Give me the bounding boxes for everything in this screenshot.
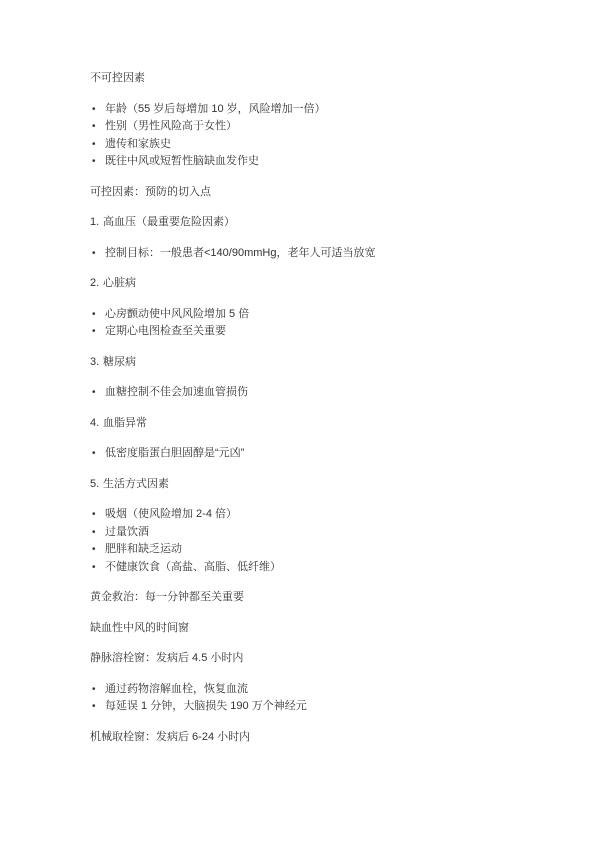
bullet-icon: • xyxy=(92,323,96,341)
item-number: 2. xyxy=(90,275,103,293)
list-item-text: 定期心电图检查至关重要 xyxy=(105,325,226,337)
bullet-icon: • xyxy=(92,118,96,136)
list-item-text: 控制目标：一般患者<140/90mmHg，老年人可适当放宽 xyxy=(105,247,375,259)
list-item-text: 每延误 1 分钟，大脑损失 190 万个神经元 xyxy=(105,700,307,712)
list-item: • 既往中风或短暂性脑缺血发作史 xyxy=(90,153,515,171)
numbered-item-text: 糖尿病 xyxy=(103,356,136,368)
list-item-text: 吸烟（使风险增加 2-4 倍） xyxy=(105,508,237,520)
list-item-text: 不健康饮食（高盐、高脂、低纤维） xyxy=(105,561,281,573)
bullet-icon: • xyxy=(92,559,96,577)
numbered-item-text: 血脂异常 xyxy=(103,417,147,429)
bullet-icon: • xyxy=(92,681,96,699)
bullet-icon: • xyxy=(92,245,96,263)
heart-disease-details-list: • 心房颤动使中风风险增加 5 倍 • 定期心电图检查至关重要 xyxy=(90,306,515,341)
numbered-item-text: 生活方式因素 xyxy=(103,478,169,490)
item-number: 3. xyxy=(90,354,103,372)
paragraph-mechanical-thrombectomy-window: 机械取栓窗：发病后 6-24 小时内 xyxy=(90,729,515,747)
lifestyle-details-list: • 吸烟（使风险增加 2-4 倍） • 过量饮酒 • 肥胖和缺乏运动 • 不健康… xyxy=(90,506,515,576)
bullet-icon: • xyxy=(92,136,96,154)
paragraph-uncontrollable-factors-heading: 不可控因素 xyxy=(90,70,515,88)
paragraph-controllable-factors-heading: 可控因素：预防的切入点 xyxy=(90,184,515,202)
numbered-item-lifestyle: 5.生活方式因素 xyxy=(90,476,515,494)
list-item-text: 通过药物溶解血栓，恢复血流 xyxy=(105,683,248,695)
list-item: • 吸烟（使风险增加 2-4 倍） xyxy=(90,506,515,524)
item-number: 1. xyxy=(90,214,103,232)
list-item: • 年龄（55 岁后每增加 10 岁，风险增加一倍） xyxy=(90,101,515,119)
list-item-text: 年龄（55 岁后每增加 10 岁，风险增加一倍） xyxy=(105,103,326,115)
numbered-item-heart-disease: 2.心脏病 xyxy=(90,275,515,293)
list-item-text: 心房颤动使中风风险增加 5 倍 xyxy=(105,308,249,320)
diabetes-details-list: • 血糖控制不佳会加速血管损伤 xyxy=(90,384,515,402)
bullet-icon: • xyxy=(92,101,96,119)
list-item: • 遗传和家族史 xyxy=(90,136,515,154)
bullet-icon: • xyxy=(92,384,96,402)
paragraph-iv-thrombolysis-window: 静脉溶栓窗：发病后 4.5 小时内 xyxy=(90,650,515,668)
numbered-item-diabetes: 3.糖尿病 xyxy=(90,354,515,372)
list-item: • 控制目标：一般患者<140/90mmHg，老年人可适当放宽 xyxy=(90,245,515,263)
list-item-text: 性别（男性风险高于女性） xyxy=(105,120,237,132)
document-page: 不可控因素 • 年龄（55 岁后每增加 10 岁，风险增加一倍） • 性别（男性… xyxy=(0,0,595,841)
item-number: 5. xyxy=(90,476,103,494)
bullet-icon: • xyxy=(92,445,96,463)
iv-thrombolysis-details-list: • 通过药物溶解血栓，恢复血流 • 每延误 1 分钟，大脑损失 190 万个神经… xyxy=(90,681,515,716)
list-item-text: 既往中风或短暂性脑缺血发作史 xyxy=(105,155,259,167)
list-item-text: 过量饮酒 xyxy=(105,526,149,538)
paragraph-time-window-heading: 缺血性中风的时间窗 xyxy=(90,620,515,638)
list-item-text: 遗传和家族史 xyxy=(105,138,171,150)
numbered-item-text: 心脏病 xyxy=(103,277,136,289)
bullet-icon: • xyxy=(92,698,96,716)
list-item: • 定期心电图检查至关重要 xyxy=(90,323,515,341)
bullet-icon: • xyxy=(92,153,96,171)
list-item: • 不健康饮食（高盐、高脂、低纤维） xyxy=(90,559,515,577)
paragraph-golden-treatment-heading: 黄金救治：每一分钟都至关重要 xyxy=(90,589,515,607)
bullet-icon: • xyxy=(92,306,96,324)
item-number: 4. xyxy=(90,415,103,433)
list-item: • 过量饮酒 xyxy=(90,524,515,542)
list-item: • 心房颤动使中风风险增加 5 倍 xyxy=(90,306,515,324)
bullet-icon: • xyxy=(92,541,96,559)
list-item-text: 低密度脂蛋白胆固醇是“元凶” xyxy=(105,447,244,459)
list-item: • 肥胖和缺乏运动 xyxy=(90,541,515,559)
bullet-icon: • xyxy=(92,524,96,542)
list-item: • 通过药物溶解血栓，恢复血流 xyxy=(90,681,515,699)
numbered-item-dyslipidemia: 4.血脂异常 xyxy=(90,415,515,433)
dyslipidemia-details-list: • 低密度脂蛋白胆固醇是“元凶” xyxy=(90,445,515,463)
hypertension-details-list: • 控制目标：一般患者<140/90mmHg，老年人可适当放宽 xyxy=(90,245,515,263)
list-item-text: 血糖控制不佳会加速血管损伤 xyxy=(105,386,248,398)
list-item: • 血糖控制不佳会加速血管损伤 xyxy=(90,384,515,402)
bullet-icon: • xyxy=(92,506,96,524)
list-item: • 低密度脂蛋白胆固醇是“元凶” xyxy=(90,445,515,463)
list-item-text: 肥胖和缺乏运动 xyxy=(105,543,182,555)
numbered-item-hypertension: 1.高血压（最重要危险因素） xyxy=(90,214,515,232)
list-item: • 每延误 1 分钟，大脑损失 190 万个神经元 xyxy=(90,698,515,716)
numbered-item-text: 高血压（最重要危险因素） xyxy=(103,216,235,228)
uncontrollable-factors-list: • 年龄（55 岁后每增加 10 岁，风险增加一倍） • 性别（男性风险高于女性… xyxy=(90,101,515,171)
list-item: • 性别（男性风险高于女性） xyxy=(90,118,515,136)
